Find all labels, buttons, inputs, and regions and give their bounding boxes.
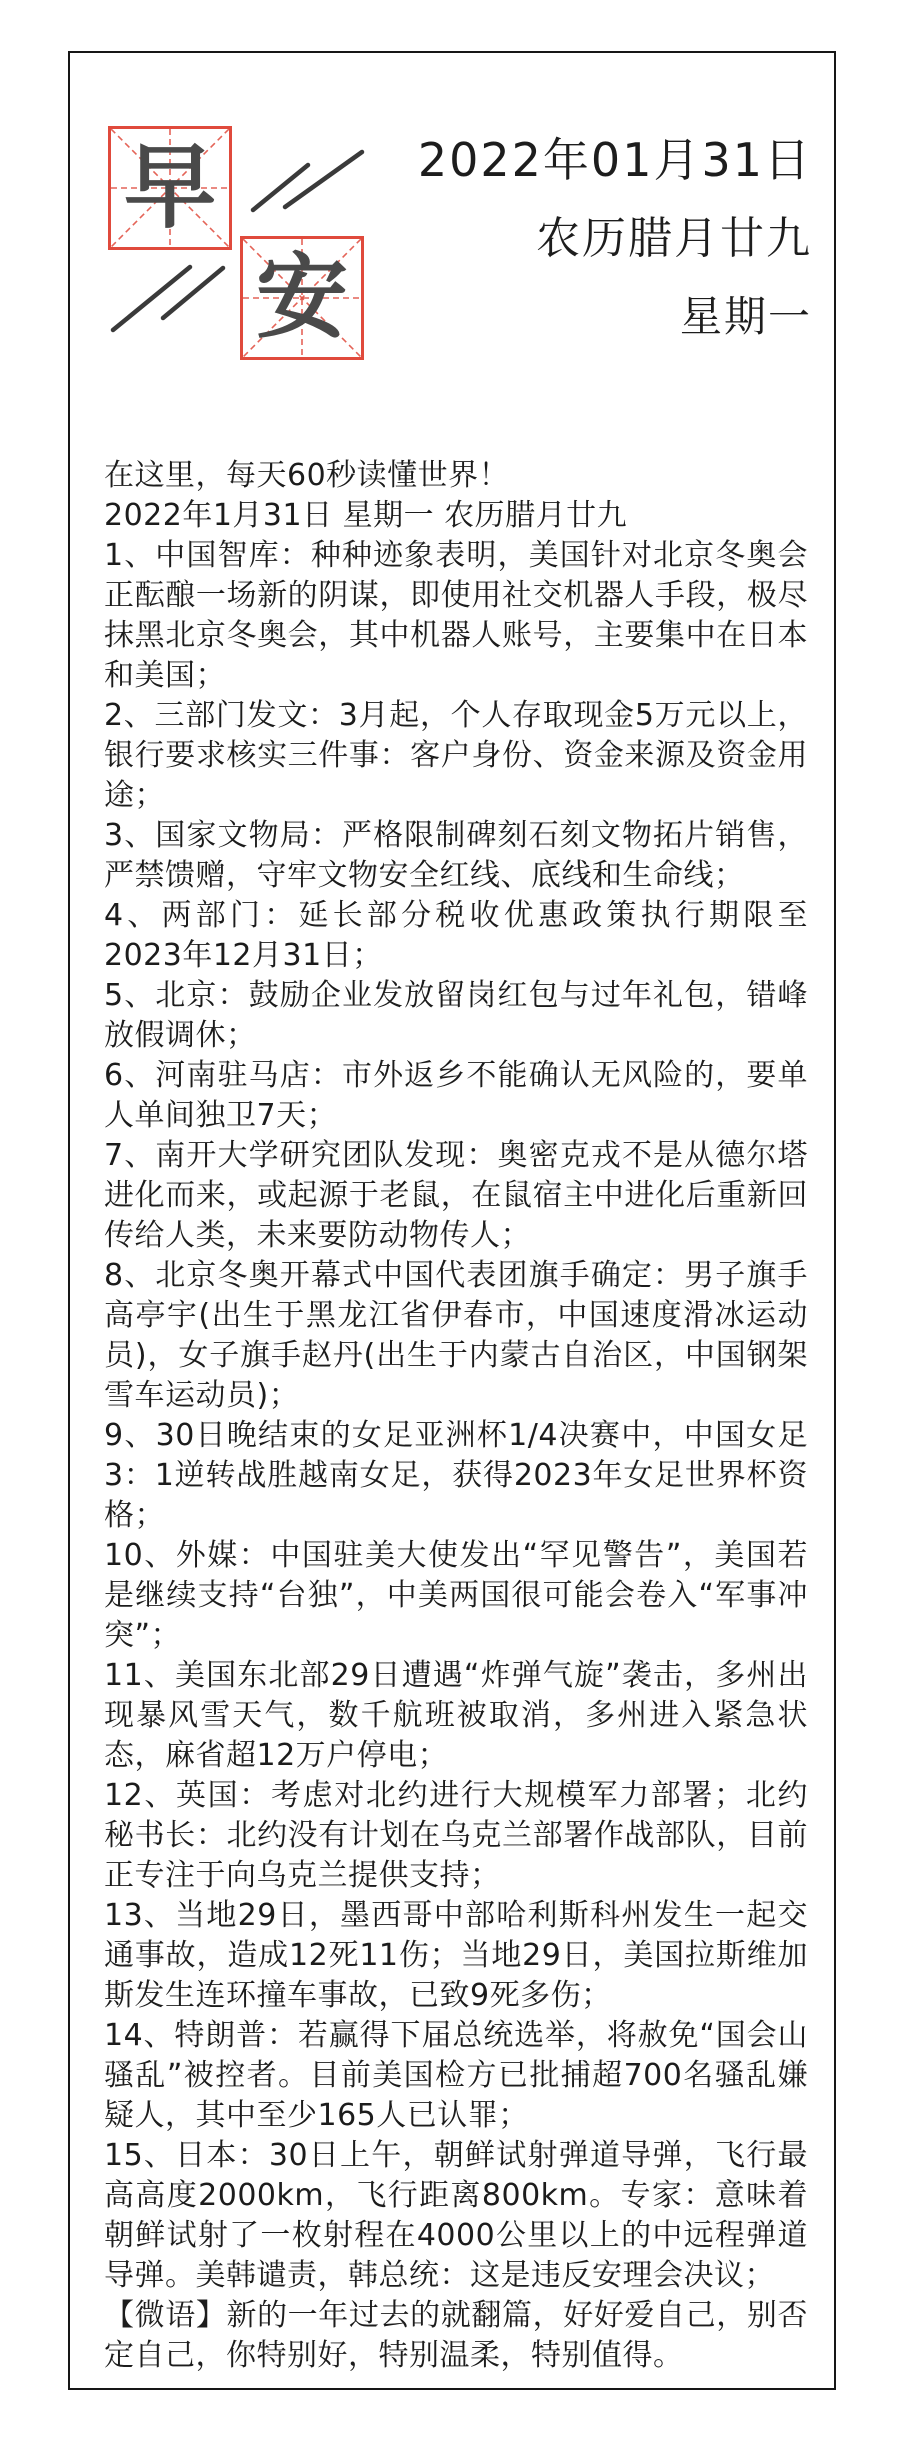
news-item: 8、北京冬奥开幕式中国代表团旗手确定：男子旗手高亭宇(出生于黑龙江省伊春市，中国… xyxy=(104,1256,808,1416)
news-item: 2、三部门发文：3月起，个人存取现金5万元以上，银行要求核实三件事：客户身份、资… xyxy=(104,696,808,816)
gregorian-date: 2022年01月31日 xyxy=(418,120,812,200)
greeting-char-an: 安 xyxy=(256,252,348,344)
news-item: 11、美国东北部29日遭遇“炸弹气旋”袭击，多州出现暴风雪天气，数千航班被取消，… xyxy=(104,1656,808,1776)
date-heading-line: 2022年1月31日 星期一 农历腊月廿九 xyxy=(104,496,808,536)
lunar-date: 农历腊月廿九 xyxy=(418,200,812,278)
greeting-char-zao: 早 xyxy=(124,142,216,234)
intro-line: 在这里，每天60秒读懂世界！ xyxy=(104,456,808,496)
greeting-box-zao: 早 xyxy=(108,126,232,250)
date-block: 2022年01月31日 农历腊月廿九 星期一 xyxy=(418,120,812,356)
weiyu-line: 【微语】新的一年过去的就翻篇，好好爱自己，别否定自己，你特别好，特别温柔，特别值… xyxy=(104,2296,808,2376)
news-item: 1、中国智库：种种迹象表明，美国针对北京冬奥会正酝酿一场新的阴谋，即使用社交机器… xyxy=(104,536,808,696)
news-item: 13、当地29日，墨西哥中部哈利斯科州发生一起交通事故，造成12死11伤；当地2… xyxy=(104,1896,808,2016)
news-body: 在这里，每天60秒读懂世界！ 2022年1月31日 星期一 农历腊月廿九 1、中… xyxy=(104,456,808,2376)
news-item: 5、北京：鼓励企业发放留岗红包与过年礼包，错峰放假调休； xyxy=(104,976,808,1056)
news-item: 10、外媒：中国驻美大使发出“罕见警告”，美国若是继续支持“台独”，中美两国很可… xyxy=(104,1536,808,1656)
greeting-box-an: 安 xyxy=(240,236,364,360)
weekday: 星期一 xyxy=(418,278,812,356)
news-item: 9、30日晚结束的女足亚洲杯1/4决赛中，中国女足3：1逆转战胜越南女足，获得2… xyxy=(104,1416,808,1536)
news-item: 7、南开大学研究团队发现：奥密克戎不是从德尔塔进化而来，或起源于老鼠，在鼠宿主中… xyxy=(104,1136,808,1256)
news-item: 15、日本：30日上午，朝鲜试射弹道导弹，飞行最高高度2000km，飞行距离80… xyxy=(104,2136,808,2296)
news-item: 14、特朗普：若赢得下届总统选举，将赦免“国会山骚乱”被控者。目前美国检方已批捕… xyxy=(104,2016,808,2136)
news-item: 4、两部门：延长部分税收优惠政策执行期限至2023年12月31日； xyxy=(104,896,808,976)
news-item: 12、英国：考虑对北约进行大规模军力部署；北约秘书长：北约没有计划在乌克兰部署作… xyxy=(104,1776,808,1896)
news-item: 3、国家文物局：严格限制碑刻石刻文物拓片销售，严禁馈赠，守牢文物安全红线、底线和… xyxy=(104,816,808,896)
news-item: 6、河南驻马店：市外返乡不能确认无风险的，要单人单间独卫7天； xyxy=(104,1056,808,1136)
